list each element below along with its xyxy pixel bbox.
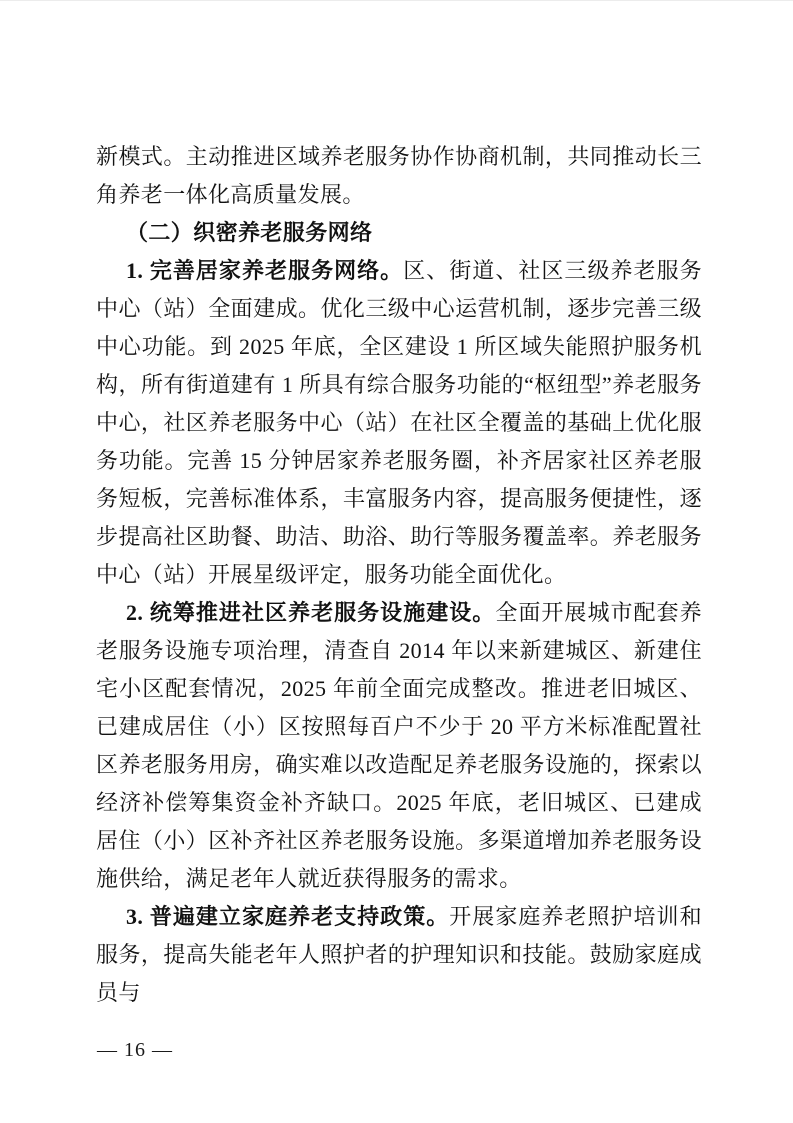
paragraph-text: 新模式。主动推进区域养老服务协作协商机制，共同推动长三角养老一体化高质量发展。 — [96, 144, 702, 207]
page-number: — 16 — — [97, 1039, 173, 1061]
paragraph-item-1: 1. 完善居家养老服务网络。区、街道、社区三级养老服务中心（站）全面建成。优化三… — [96, 252, 702, 594]
page-footer: — 16 — — [97, 1037, 173, 1063]
document-page: 新模式。主动推进区域养老服务协作协商机制，共同推动长三角养老一体化高质量发展。 … — [0, 0, 793, 1123]
paragraph-item-3: 3. 普遍建立家庭养老支持政策。开展家庭养老照护培训和服务，提高失能老年人照护者… — [96, 898, 702, 1012]
paragraph-item-2: 2. 统筹推进社区养老服务设施建设。全面开展城市配套养老服务设施专项治理，清查自… — [96, 594, 702, 898]
paragraph-lead: 3. 普遍建立家庭养老支持政策。 — [126, 904, 449, 929]
paragraph-text: 区、街道、社区三级养老服务中心（站）全面建成。优化三级中心运营机制，逐步完善三级… — [96, 258, 702, 587]
paragraph-continuation: 新模式。主动推进区域养老服务协作协商机制，共同推动长三角养老一体化高质量发展。 — [96, 138, 702, 214]
document-body: 新模式。主动推进区域养老服务协作协商机制，共同推动长三角养老一体化高质量发展。 … — [96, 138, 702, 1012]
paragraph-lead: 1. 完善居家养老服务网络。 — [126, 258, 403, 283]
paragraph-lead: 2. 统筹推进社区养老服务设施建设。 — [126, 600, 495, 625]
paragraph-text: 全面开展城市配套养老服务设施专项治理，清查自 2014 年以来新建城区、新建住宅… — [96, 600, 702, 891]
section-heading: （二）织密养老服务网络 — [96, 214, 702, 252]
